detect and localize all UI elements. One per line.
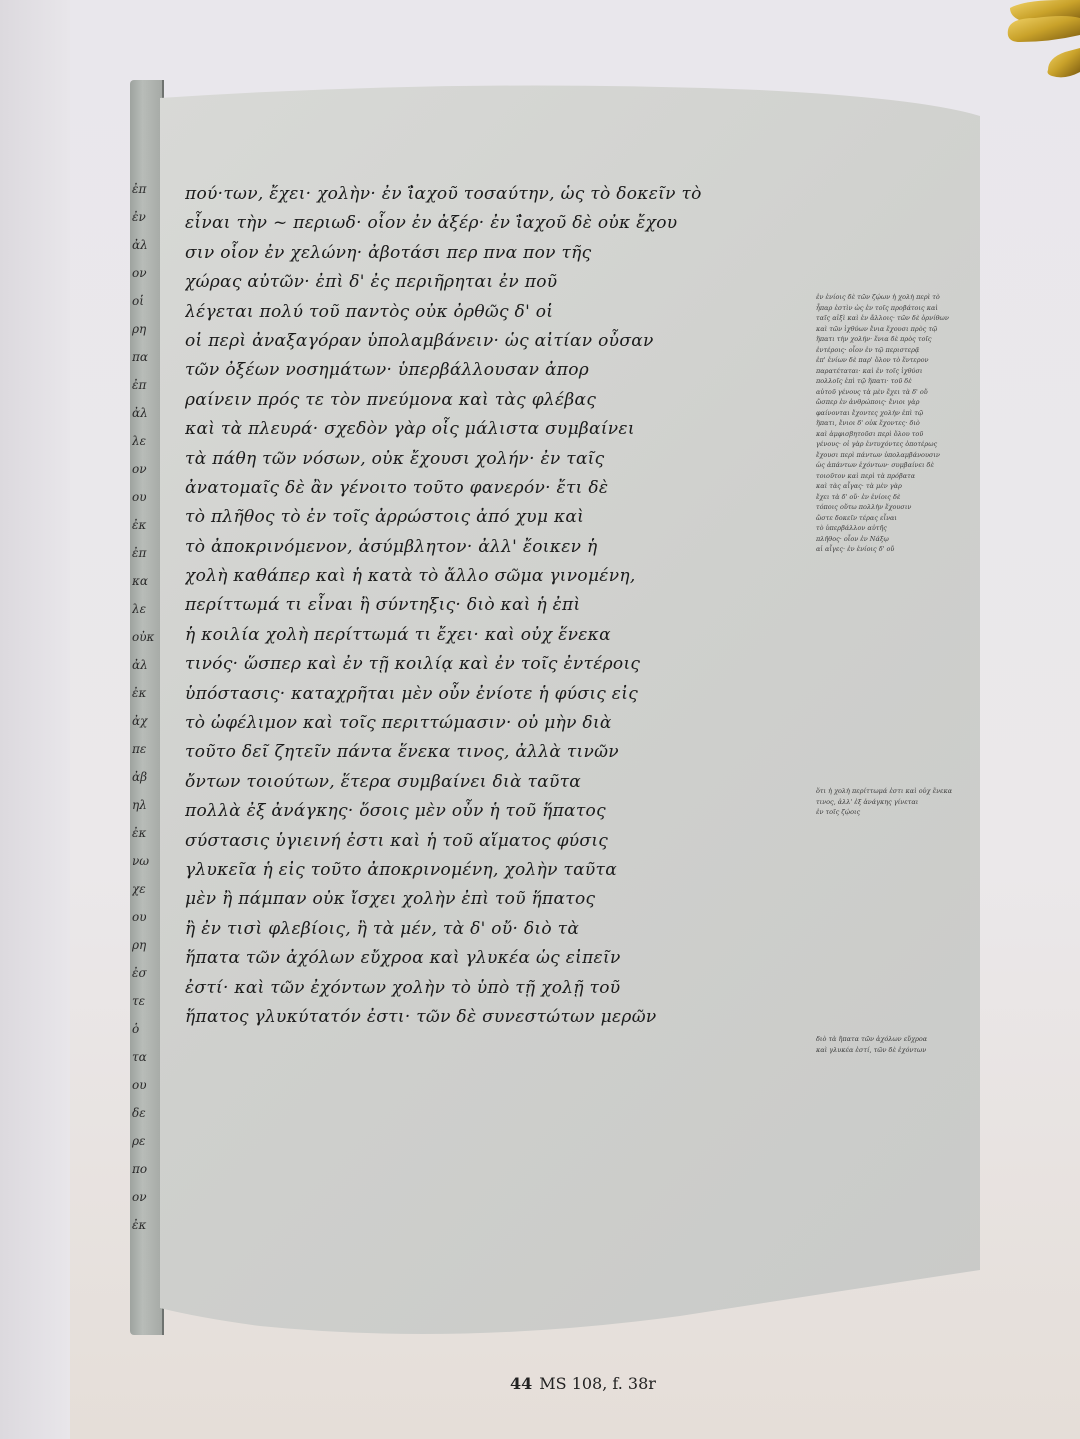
marginal-line: ἥπατι τὴν χολήν· ἔνια δὲ πρὸς τοῖς [816, 334, 966, 345]
caption-text: MS 108, f. 38r [539, 1374, 656, 1393]
text-line: οἱ περὶ ἀναξαγόραν ὑπολαμβάνειν· ὡς αἰτί… [185, 327, 805, 356]
text-line: ἡ κοιλία χολὴ περίττωμά τι ἔχει· καὶ οὐχ… [185, 621, 805, 650]
spine-fragment: τα [132, 1043, 160, 1071]
text-line: ἢ ἐν τισὶ φλεβίοις, ἢ τὰ μέν, τὰ δ' οὔ· … [185, 915, 805, 944]
main-text-block: πού·των, ἔχει· χολὴν· ἐν ἰ̈αχοῦ τοσαύτην… [185, 180, 805, 1032]
spine-fragment: ἐκ [132, 819, 160, 847]
marginal-line: ἥπατι, ἔνιοι δ' οὐκ ἔχοντες· διὸ [816, 418, 966, 429]
spine-fragment: πα [132, 343, 160, 371]
marginal-line: ὥστε δοκεῖν τέρας εἶναι [816, 513, 966, 524]
spine-fragment: ἀλ [132, 399, 160, 427]
spine-fragment: ηλ [132, 791, 160, 819]
text-line: τὸ ἀποκρινόμενον, ἀσύμβλητον· ἀλλ' ἔοικε… [185, 533, 805, 562]
manuscript-plate: ἐπἐνἀλονοἱρηπαἐπἀλλεονουἐκἐπκαλεοὐκἀλἐκἀ… [130, 78, 980, 1340]
text-line: ἥπατα τῶν ἀχόλων εὔχροα καὶ γλυκέα ὡς εἰ… [185, 944, 805, 973]
marginal-line: ταῖς αἰξὶ καὶ ἐν ἄλλοις· τῶν δὲ ὀρνίθων [816, 313, 966, 324]
text-line: ὑπόστασις· καταχρῆται μὲν οὖν ἐνίοτε ἡ φ… [185, 680, 805, 709]
text-line: εἶναι τὴν ~ περιωδ· οἷον ἐν ἀξέρ· ἐν ἰ̈α… [185, 209, 805, 238]
text-line: τὸ πλῆθος τὸ ἐν τοῖς ἀρρώστοις ἀπό χυμ κ… [185, 503, 805, 532]
marginal-note-lower: διὸ τὰ ἥπατα τῶν ἀχόλων εὔχροακαὶ γλυκέα… [816, 1034, 966, 1055]
marginal-line: ἐντέροις· οἷον ἐν τῷ περιστερᾷ [816, 345, 966, 356]
marginal-line: τοιοῦτον καὶ περὶ τὰ πρόβατα [816, 471, 966, 482]
marginal-line: ὡς ἁπάντων ἐχόντων· συμβαίνει δὲ [816, 460, 966, 471]
manuscript-spine: ἐπἐνἀλονοἱρηπαἐπἀλλεονουἐκἐπκαλεοὐκἀλἐκἀ… [130, 80, 164, 1335]
marginal-line: τινος, ἀλλ' ἐξ ἀνάγκης γίνεται [816, 797, 976, 808]
marginal-line: ἐπ' ἐνίων δὲ παρ' ὅλον τὸ ἔντερον [816, 355, 966, 366]
marginal-line: ἧπαρ ἐστὶν ὡς ἐν τοῖς προβάτοις καὶ [816, 303, 966, 314]
text-line: πού·των, ἔχει· χολὴν· ἐν ἰ̈αχοῦ τοσαύτην… [185, 180, 805, 209]
marginal-line: πλῆθος· οἷον ἐν Νάξῳ [816, 534, 966, 545]
text-line: ραίνειν πρός τε τὸν πνεύμονα καὶ τὰς φλέ… [185, 386, 805, 415]
marginal-line: καὶ γλυκέα ἐστί, τῶν δὲ ἐχόντων [816, 1045, 966, 1056]
spine-fragment: ου [132, 1071, 160, 1099]
marginal-line: πολλοῖς ἐπὶ τῷ ἥπατι· τοῦ δὲ [816, 376, 966, 387]
text-line: ὄντων τοιούτων, ἕτερα συμβαίνει διὰ ταῦτ… [185, 768, 805, 797]
marginal-line: ἐν ἐνίοις δὲ τῶν ζῴων ἡ χολὴ περὶ τὸ [816, 292, 966, 303]
text-line: σιν οἷον ἐν χελώνη· ἀβοτάσι περ πνα πον … [185, 239, 805, 268]
page-caption: 44MS 108, f. 38r [510, 1374, 656, 1393]
spine-fragment: ἐκ [132, 511, 160, 539]
marginal-line: ἐν τοῖς ζῴοις [816, 807, 976, 818]
page-number: 44 [510, 1374, 532, 1393]
spine-fragment: ἀλ [132, 651, 160, 679]
marginal-line: ὥσπερ ἐν ἀνθρώποις· ἔνιοι γὰρ [816, 397, 966, 408]
marginal-line: γένους· οἱ γὰρ ἐντυχόντες ὁποτέρως [816, 439, 966, 450]
spine-fragment: ἀβ [132, 763, 160, 791]
spine-fragment: ἐκ [132, 1211, 160, 1239]
spine-fragment: ον [132, 455, 160, 483]
spine-fragment: πο [132, 1155, 160, 1183]
spine-fragment: ου [132, 903, 160, 931]
marginal-line: τόποις οὕτω πολλὴν ἔχουσιν [816, 502, 966, 513]
spine-fragment: ου [132, 483, 160, 511]
marginal-line: ἔχουσι περὶ πάντων ὑπολαμβάνουσιν [816, 450, 966, 461]
marginal-line: τὸ ὑπερβάλλον αὐτῆς [816, 523, 966, 534]
text-line: ἀνατομαῖς δὲ ἂν γένοιτο τοῦτο φανερόν· ἔ… [185, 474, 805, 503]
spine-fragment: οἱ [132, 287, 160, 315]
text-line: λέγεται πολύ τοῦ παντὸς οὐκ ὀρθῶς δ' οἱ [185, 298, 805, 327]
spine-fragment: ἀλ [132, 231, 160, 259]
text-line: τοῦτο δεῖ ζητεῖν πάντα ἕνεκα τινος, ἀλλὰ… [185, 738, 805, 767]
text-line: γλυκεῖα ἡ εἰς τοῦτο ἀποκρινομένη, χολὴν … [185, 856, 805, 885]
marginal-line: αἱ αἶγες· ἐν ἐνίοις δ' οὔ [816, 544, 966, 555]
spine-fragment: ρη [132, 931, 160, 959]
marginal-line: ἔχει τὰ δ' οὔ· ἐν ἐνίοις δὲ [816, 492, 966, 503]
marginal-line: καὶ ἀμφισβητοῦσι περὶ ὅλου τοῦ [816, 429, 966, 440]
spine-fragment: χε [132, 875, 160, 903]
marginal-line: παρατέταται· καὶ ἐν τοῖς ἰχθύσι [816, 366, 966, 377]
spine-fragment: οὐκ [132, 623, 160, 651]
spine-fragment: τε [132, 987, 160, 1015]
marginal-line: ὅτι ἡ χολὴ περίττωμά ἐστι καὶ οὐχ ἕνεκα [816, 786, 976, 797]
spine-fragment: ἐσ [132, 959, 160, 987]
text-line: τινός· ὥσπερ καὶ ἐν τῇ κοιλίᾳ καὶ ἐν τοῖ… [185, 650, 805, 679]
spine-fragment: ἐπ [132, 371, 160, 399]
spine-fragment: ἐν [132, 203, 160, 231]
spine-fragment: πε [132, 735, 160, 763]
marginal-note-middle: ὅτι ἡ χολὴ περίττωμά ἐστι καὶ οὐχ ἕνεκατ… [816, 786, 976, 818]
spine-fragment: λε [132, 427, 160, 455]
spine-text-fragments: ἐπἐνἀλονοἱρηπαἐπἀλλεονουἐκἐπκαλεοὐκἀλἐκἀ… [132, 175, 160, 1239]
spine-fragment: δε [132, 1099, 160, 1127]
spine-fragment: ἐπ [132, 539, 160, 567]
text-line: χολὴ καθάπερ καὶ ἡ κατὰ τὸ ἄλλο σῶμα γιν… [185, 562, 805, 591]
marginal-line: αὐτοῦ γένους τὰ μὲν ἔχει τὰ δ' οὔ [816, 387, 966, 398]
spine-fragment: ρε [132, 1127, 160, 1155]
spine-fragment: κα [132, 567, 160, 595]
spine-fragment: ἀχ [132, 707, 160, 735]
spine-fragment: ὁ [132, 1015, 160, 1043]
text-line: ἐστί· καὶ τῶν ἐχόντων χολὴν τὸ ὑπὸ τῇ χο… [185, 974, 805, 1003]
text-line: χώρας αὐτῶν· ἐπὶ δ' ἐς περιῆρηται ἐν ποῦ [185, 268, 805, 297]
text-line: τῶν ὀξέων νοσημάτων· ὑπερβάλλουσαν ἀπορ [185, 356, 805, 385]
text-line: περίττωμά τι εἶναι ἢ σύντηξις· διὸ καὶ ἡ… [185, 591, 805, 620]
text-line: τὸ ὠφέλιμον καὶ τοῖς περιττώμασιν· οὐ μὴ… [185, 709, 805, 738]
spine-fragment: ον [132, 259, 160, 287]
book-gutter [0, 0, 70, 1439]
marginal-line: διὸ τὰ ἥπατα τῶν ἀχόλων εὔχροα [816, 1034, 966, 1045]
text-line: ἥπατος γλυκύτατόν ἐστι· τῶν δὲ συνεστώτω… [185, 1003, 805, 1032]
spine-fragment: νω [132, 847, 160, 875]
spine-fragment: ον [132, 1183, 160, 1211]
spine-fragment: λε [132, 595, 160, 623]
text-line: μὲν ἢ πάμπαν οὐκ ἴσχει χολὴν ἐπὶ τοῦ ἥπα… [185, 885, 805, 914]
marginal-note-upper: ἐν ἐνίοις δὲ τῶν ζῴων ἡ χολὴ περὶ τὸἧπαρ… [816, 292, 966, 555]
marginal-line: καὶ τῶν ἰχθύων ἔνια ἔχουσι πρὸς τῷ [816, 324, 966, 335]
text-line: τὰ πάθη τῶν νόσων, οὐκ ἔχουσι χολήν· ἐν … [185, 445, 805, 474]
text-line: καὶ τὰ πλευρά· σχεδὸν γὰρ οἷς μάλιστα συ… [185, 415, 805, 444]
spine-fragment: ρη [132, 315, 160, 343]
marginal-line: φαίνονται ἔχοντες χολὴν ἐπὶ τῷ [816, 408, 966, 419]
spine-fragment: ἐπ [132, 175, 160, 203]
marginal-line: καὶ τὰς αἶγας· τὰ μὲν γὰρ [816, 481, 966, 492]
text-line: σύστασις ὑγιεινή ἐστι καὶ ἡ τοῦ αἵματος … [185, 827, 805, 856]
spine-fragment: ἐκ [132, 679, 160, 707]
gold-fingers-icon [980, 0, 1080, 80]
text-line: πολλὰ ἐξ ἀνάγκης· ὅσοις μὲν οὖν ἡ τοῦ ἥπ… [185, 797, 805, 826]
